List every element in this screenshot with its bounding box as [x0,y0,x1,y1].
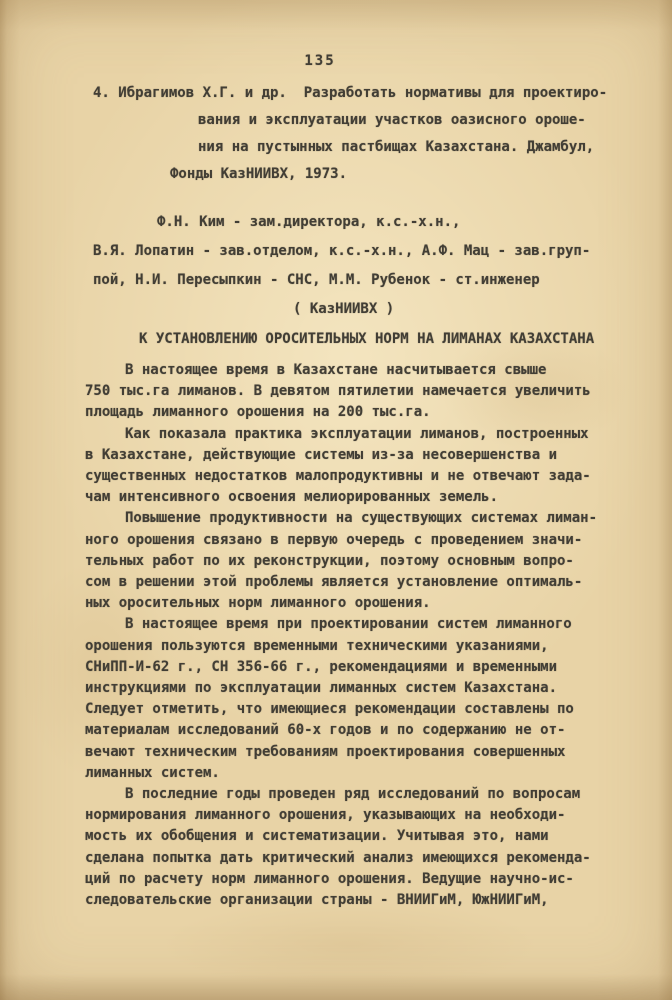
body-line: чам интенсивного освоения мелиорированны… [85,487,597,508]
body-paragraph: Как показала практика эксплуатации лиман… [85,424,597,509]
body-line: Следует отметить, что имеющиеся рекоменд… [85,699,597,720]
body-line: в Казахстане, действующие системы из-за … [85,445,597,466]
body-line: материалам исследований 60-х годов и по … [85,720,597,741]
page-number: 135 [290,53,350,69]
body-line: лиманных систем. [85,763,597,784]
body-line: ций по расчету норм лиманного орошения. … [85,869,597,890]
body-line: площадь лиманного орошения на 200 тыс.га… [85,402,597,423]
bibliography-line: 4. Ибрагимов Х.Г. и др. Разработать норм… [93,80,607,107]
authors-line: В.Я. Лопатин - зав.отделом, к.с.-х.н., А… [93,237,590,266]
body-line: сом в решении этой проблемы является уст… [85,572,597,593]
body-line: В настоящее время при проектировании сис… [85,614,597,635]
body-line: тельных работ по их реконструкции, поэто… [85,551,597,572]
body-line: сделана попытка дать критический анализ … [85,848,597,869]
body-line: следовательские организации страны - ВНИ… [85,890,597,911]
body-paragraph: В настоящее время при проектировании сис… [85,614,597,784]
authors-affiliation: ( КазНИИВХ ) [293,295,590,324]
bibliography-entry: 4. Ибрагимов Х.Г. и др. Разработать норм… [93,80,607,188]
body-line: вечают техническим требованиям проектиро… [85,742,597,763]
body-line: ных оросительных норм лиманного орошения… [85,593,597,614]
paper-stain [160,900,540,990]
body-line: В настоящее время в Казахстане насчитыва… [85,360,597,381]
bibliography-line: Фонды КазНИИВХ, 1973. [170,161,607,188]
authors-block: Ф.Н. Ким - зам.директора, к.с.-х.н., В.Я… [93,208,590,324]
body-line: 750 тыс.га лиманов. В девятом пятилетии … [85,381,597,402]
body-line: мость их обобщения и систематизации. Учи… [85,826,597,847]
body-paragraph: В последние годы проведен ряд исследован… [85,784,597,911]
bibliography-line: ния на пустынных пастбищах Казахстана. Д… [198,134,607,161]
scanned-page: 135 4. Ибрагимов Х.Г. и др. Разработать … [0,0,672,1000]
bibliography-line: вания и эксплуатации участков оазисного … [198,107,607,134]
article-title: К УСТАНОВЛЕНИЮ ОРОСИТЕЛЬНЫХ НОРМ НА ЛИМА… [139,331,594,347]
body-line: орошения пользуются временными техническ… [85,636,597,657]
body-line: В последние годы проведен ряд исследован… [85,784,597,805]
body-line: Повышение продуктивности на существующих… [85,508,597,529]
article-body: В настоящее время в Казахстане насчитыва… [85,360,597,911]
body-paragraph: В настоящее время в Казахстане насчитыва… [85,360,597,424]
authors-line: Ф.Н. Ким - зам.директора, к.с.-х.н., [157,208,590,237]
body-line: Как показала практика эксплуатации лиман… [85,424,597,445]
body-line: СНиПП-И-62 г., СН 356-66 г., рекомендаци… [85,657,597,678]
body-line: существенных недостатков малопродуктивны… [85,466,597,487]
body-line: нормирования лиманного орошения, указыва… [85,805,597,826]
authors-line: пой, Н.И. Пересыпкин - СНС, М.М. Рубенок… [93,266,590,295]
body-paragraph: Повышение продуктивности на существующих… [85,508,597,614]
body-line: ного орошения связано в первую очередь с… [85,530,597,551]
body-line: инструкциями по эксплуатации лиманных си… [85,678,597,699]
